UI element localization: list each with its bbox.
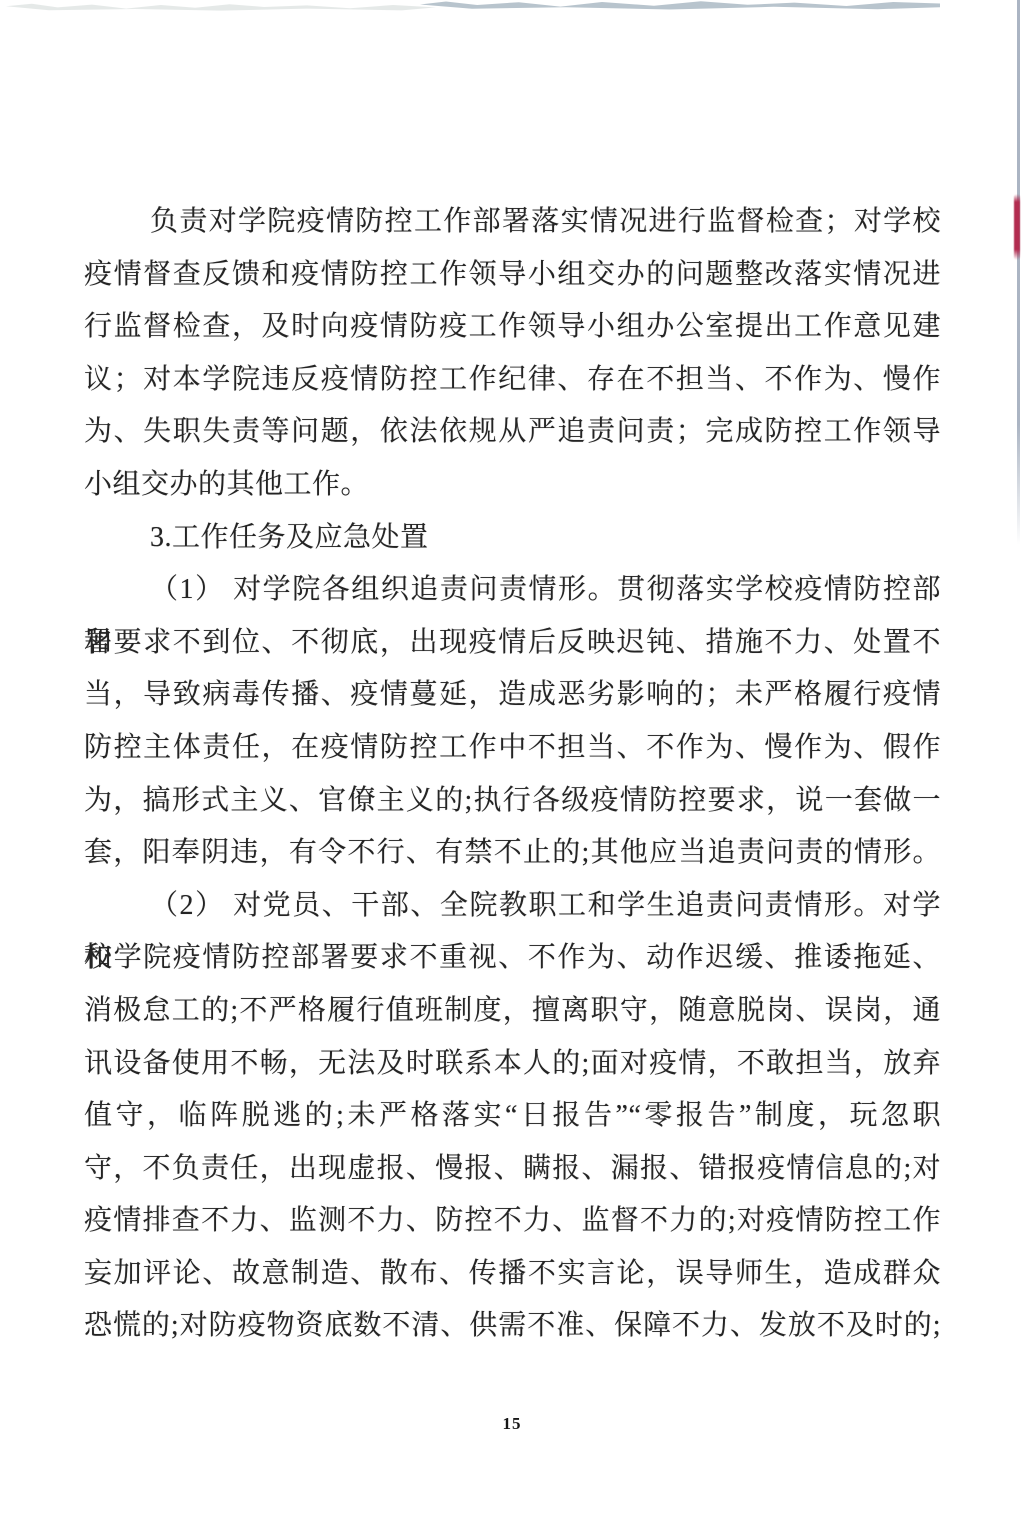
text-line: 和学院疫情防控部署要求不重视、不作为、动作迟缓、推诿拖延、: [84, 932, 941, 985]
text-line: 疫情督查反馈和疫情防控工作领导小组交办的问题整改落实情况进: [84, 249, 941, 302]
text-line: 和要求不到位、不彻底，出现疫情后反映迟钝、措施不力、处置不: [84, 617, 941, 670]
text-line: 3.工作任务及应急处置: [84, 512, 941, 565]
text-line: 为，搞形式主义、官僚主义的;执行各级疫情防控要求，说一套做一: [84, 775, 941, 828]
text-line: 消极怠工的;不严格履行值班制度，擅离职守，随意脱岗、误岗，通: [84, 985, 941, 1038]
text-line: 疫情排查不力、监测不力、防控不力、监督不力的;对疫情防控工作: [84, 1195, 941, 1248]
page-edge-line: [1017, 0, 1020, 545]
red-edge-mark: [1014, 194, 1020, 260]
document-page: 负责对学院疫情防控工作部署落实情况进行监督检查；对学校疫情督查反馈和疫情防控工作…: [0, 0, 1024, 1521]
text-line: （2） 对党员、干部、全院教职工和学生追责问责情形。对学校: [84, 880, 941, 933]
text-line: （1） 对学院各组织追责问责情形。贯彻落实学校疫情防控部署: [84, 564, 941, 617]
text-line: 恐慌的;对防疫物资底数不清、供需不准、保障不力、发放不及时的;: [84, 1300, 941, 1353]
scan-smudge-top-left: [6, 3, 436, 11]
text-line: 议；对本学院违反疫情防控工作纪律、存在不担当、不作为、慢作: [84, 354, 941, 407]
scan-smudge-top-right: [420, 0, 940, 10]
text-line: 讯设备使用不畅，无法及时联系本人的;面对疫情，不敢担当，放弃: [84, 1038, 941, 1091]
text-line: 套，阳奉阴违，有令不行、有禁不止的;其他应当追责问责的情形。: [84, 827, 941, 880]
text-line: 负责对学院疫情防控工作部署落实情况进行监督检查；对学校: [84, 196, 941, 249]
document-text: 负责对学院疫情防控工作部署落实情况进行监督检查；对学校疫情督查反馈和疫情防控工作…: [84, 196, 941, 1353]
text-line: 防控主体责任，在疫情防控工作中不担当、不作为、慢作为、假作: [84, 722, 941, 775]
text-line: 当，导致病毒传播、疫情蔓延，造成恶劣影响的；未严格履行疫情: [84, 669, 941, 722]
text-line: 小组交办的其他工作。: [84, 459, 941, 512]
text-line: 为、失职失责等问题，依法依规从严追责问责；完成防控工作领导: [84, 406, 941, 459]
text-line: 值守，临阵脱逃的;未严格落实“日报告”“零报告”制度，玩忽职: [84, 1090, 941, 1143]
text-line: 守，不负责任，出现虚报、慢报、瞒报、漏报、错报疫情信息的;对: [84, 1143, 941, 1196]
page-number: 15: [0, 1414, 1024, 1434]
text-line: 行监督检查，及时向疫情防疫工作领导小组办公室提出工作意见建: [84, 301, 941, 354]
text-line: 妄加评论、故意制造、散布、传播不实言论，误导师生，造成群众: [84, 1248, 941, 1301]
